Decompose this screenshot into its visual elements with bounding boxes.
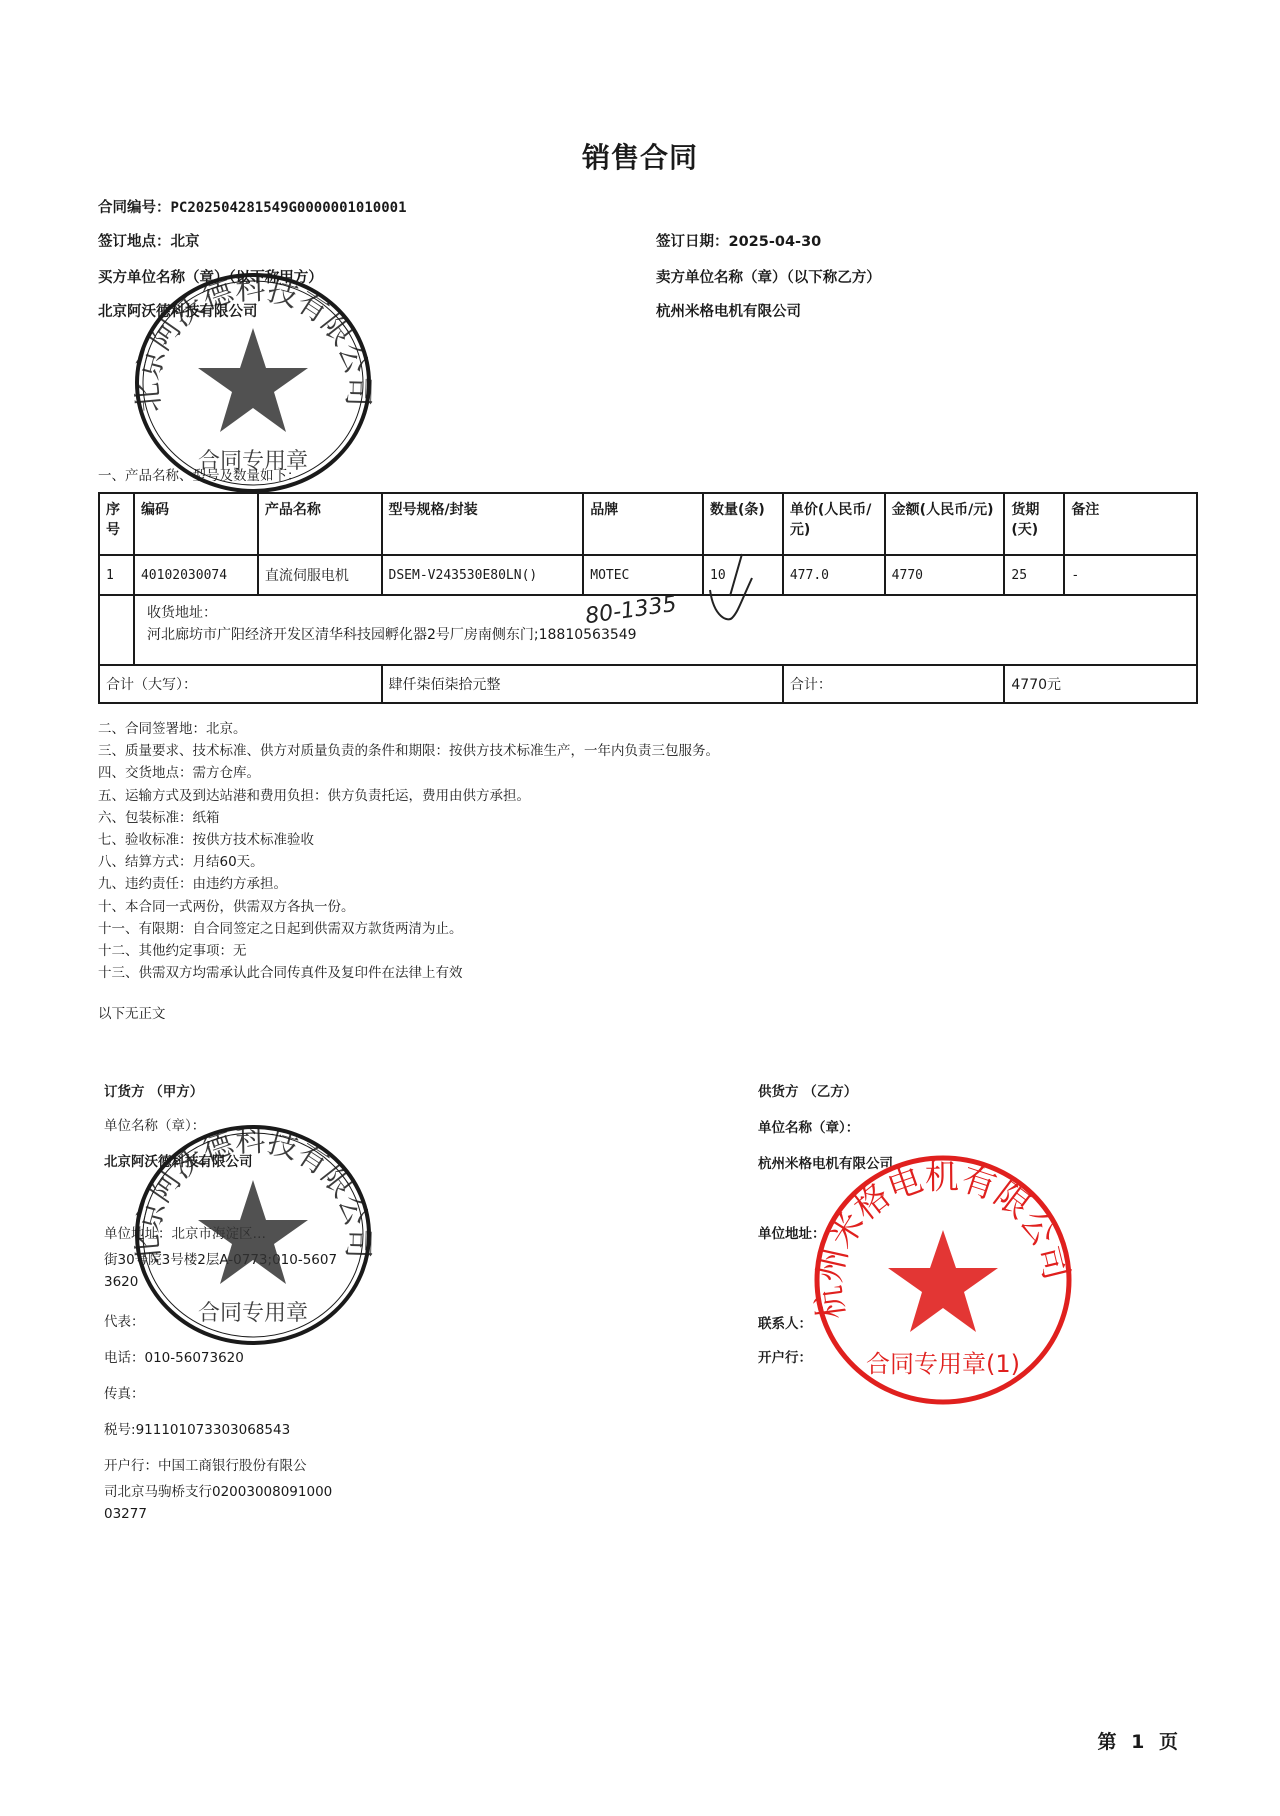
cell-remark: -: [1064, 555, 1197, 595]
buyer-phone-value: 010-56073620: [145, 1350, 244, 1366]
cell-lead-time: 25: [1004, 555, 1064, 595]
term-item: 八、结算方式：月结60天。: [98, 851, 719, 873]
total-row: 合计（大写）： 肆仟柒佰柒拾元整 合计： 4770元: [99, 665, 1197, 703]
seller-name: 杭州米格电机有限公司: [656, 300, 801, 321]
sign-date-label: 签订日期：: [656, 234, 729, 250]
buyer-label: 买方单位名称（章）（以下称甲方）: [98, 266, 323, 287]
term-item: 二、合同签署地：北京。: [98, 718, 719, 740]
seller-bank-label: 开户行：: [758, 1346, 812, 1366]
cell-amount: 4770: [885, 555, 1005, 595]
header-remark: 备注: [1064, 493, 1197, 555]
header-model: 型号规格/封装: [382, 493, 584, 555]
total-upper-label: 合计（大写）：: [99, 665, 382, 703]
buyer-tax-value: 911101073303068543: [136, 1422, 291, 1438]
seller-contact-label: 联系人：: [758, 1312, 812, 1332]
sign-place-label: 签订地点：: [98, 234, 171, 250]
buyer-address-line-3: 3620: [104, 1274, 138, 1290]
seller-unit-name-label: 单位名称（章）：: [758, 1116, 859, 1136]
header-lead-time: 货期(天): [1004, 493, 1064, 555]
seller-address-label: 单位地址：: [758, 1222, 826, 1242]
contract-number-value: PC202504281549G0000001010001: [171, 200, 407, 216]
buyer-unit-name: 北京阿沃德科技有限公司: [104, 1150, 253, 1170]
header-code: 编码: [134, 493, 258, 555]
svg-text:杭州米格电机有限公司: 杭州米格电机有限公司: [809, 1157, 1076, 1321]
buyer-address-line-1: 单位地址：北京市海淀区…: [104, 1222, 266, 1242]
term-item: 六、包装标准：纸箱: [98, 807, 719, 829]
header-brand: 品牌: [583, 493, 703, 555]
header-amount: 金额(人民币/元): [885, 493, 1005, 555]
term-item: 十、本合同一式两份，供需双方各执一份。: [98, 896, 719, 918]
header-name: 产品名称: [258, 493, 382, 555]
term-item: 五、运输方式及到达站港和费用负担：供方负责托运，费用由供方承担。: [98, 785, 719, 807]
svg-text:北京阿沃德科技有限公司: 北京阿沃德科技有限公司: [130, 1124, 375, 1266]
term-item: 四、交货地点：需方仓库。: [98, 762, 719, 784]
buyer-phone: 电话：010-56073620: [104, 1346, 244, 1366]
term-item: 十三、供需双方均需承认此合同传真件及复印件在法律上有效: [98, 962, 719, 984]
seller-stamp-text: 杭州米格电机有限公司: [809, 1157, 1076, 1321]
terms-list: 二、合同签署地：北京。 三、质量要求、技术标准、供方对质量负责的条件和期限：按供…: [98, 718, 719, 984]
buyer-stamp-bottom: 合同专用章: [198, 1301, 308, 1326]
buyer-name: 北京阿沃德科技有限公司: [98, 300, 258, 321]
end-note: 以下无正文: [98, 1002, 166, 1022]
star-icon: [888, 1230, 998, 1332]
seller-stamp-bottom: 合同专用章(1): [866, 1350, 1020, 1378]
header-unit-price: 单价(人民币/元): [783, 493, 885, 555]
cell-model: DSEM-V243530E80LN(): [382, 555, 584, 595]
buyer-fax-label: 传真：: [104, 1382, 145, 1402]
svg-text:北京阿沃德科技有限公司: 北京阿沃德科技有限公司: [130, 272, 375, 414]
page-title: 销售合同: [0, 136, 1280, 176]
buyer-heading: 订货方 （甲方）: [104, 1080, 203, 1100]
page-number: 第 1 页: [1098, 1727, 1182, 1754]
buyer-stamp-text: 北京阿沃德科技有限公司: [130, 1124, 375, 1266]
table-header-row: 序号 编码 产品名称 型号规格/封装 品牌 数量(条) 单价(人民币/元) 金额…: [99, 493, 1197, 555]
term-item: 三、质量要求、技术标准、供方对质量负责的条件和期限：按供方技术标准生产，一年内负…: [98, 740, 719, 762]
cell-name: 直流伺服电机: [258, 555, 382, 595]
address-spacer: [99, 595, 134, 665]
star-icon: [198, 328, 308, 432]
seller-unit-name: 杭州米格电机有限公司: [758, 1152, 893, 1172]
cell-code: 40102030074: [134, 555, 258, 595]
term-item: 七、验收标准：按供方技术标准验收: [98, 829, 719, 851]
total-value: 4770元: [1004, 665, 1197, 703]
sign-place-value: 北京: [171, 234, 200, 250]
sign-date-value: 2025-04-30: [729, 234, 822, 250]
buyer-bank-line-1: 开户行：中国工商银行股份有限公: [104, 1454, 307, 1474]
seller-heading: 供货方 （乙方）: [758, 1080, 857, 1100]
buyer-address-line-2: 街30号院3号楼2层A-0773;010-5607: [104, 1248, 337, 1268]
buyer-stamp-text: 北京阿沃德科技有限公司: [130, 272, 375, 414]
sign-date: 签订日期：2025-04-30: [656, 230, 821, 251]
seller-stamp: 杭州米格电机有限公司 合同专用章(1): [808, 1150, 1078, 1410]
term-item: 十二、其他约定事项：无: [98, 940, 719, 962]
buyer-unit-name-label: 单位名称（章）：: [104, 1114, 205, 1134]
sign-place: 签订地点：北京: [98, 230, 200, 251]
buyer-bank-line-2: 司北京马驹桥支行02003008091000: [104, 1480, 332, 1500]
buyer-rep-label: 代表：: [104, 1310, 145, 1330]
total-upper-value: 肆仟柒佰柒拾元整: [382, 665, 783, 703]
buyer-tax: 税号:911101073303068543: [104, 1418, 290, 1438]
address-value: 河北廊坊市广阳经济开发区清华科技园孵化器2号厂房南侧东门;18810563549: [147, 624, 1190, 646]
term-item: 九、违约责任：由违约方承担。: [98, 873, 719, 895]
seller-label: 卖方单位名称（章）（以下称乙方）: [656, 266, 881, 287]
buyer-tax-label: 税号:: [104, 1422, 136, 1438]
buyer-phone-label: 电话：: [104, 1350, 145, 1366]
total-label: 合计：: [783, 665, 1005, 703]
table-row: 1 40102030074 直流伺服电机 DSEM-V243530E80LN()…: [99, 555, 1197, 595]
header-qty: 数量(条): [703, 493, 783, 555]
cell-brand: MOTEC: [583, 555, 703, 595]
contract-number-label: 合同编号：: [98, 200, 171, 216]
header-seq: 序号: [99, 493, 134, 555]
cell-unit-price: 477.0: [783, 555, 885, 595]
cell-seq: 1: [99, 555, 134, 595]
contract-number: 合同编号：PC202504281549G0000001010001: [98, 196, 407, 217]
term-item: 十一、有限期：自合同签定之日起到供需双方款货两清为止。: [98, 918, 719, 940]
buyer-bank-line-3: 03277: [104, 1506, 147, 1522]
section-1-heading: 一、产品名称、型号及数量如下：: [98, 464, 301, 484]
handwritten-check-icon: [700, 548, 770, 628]
